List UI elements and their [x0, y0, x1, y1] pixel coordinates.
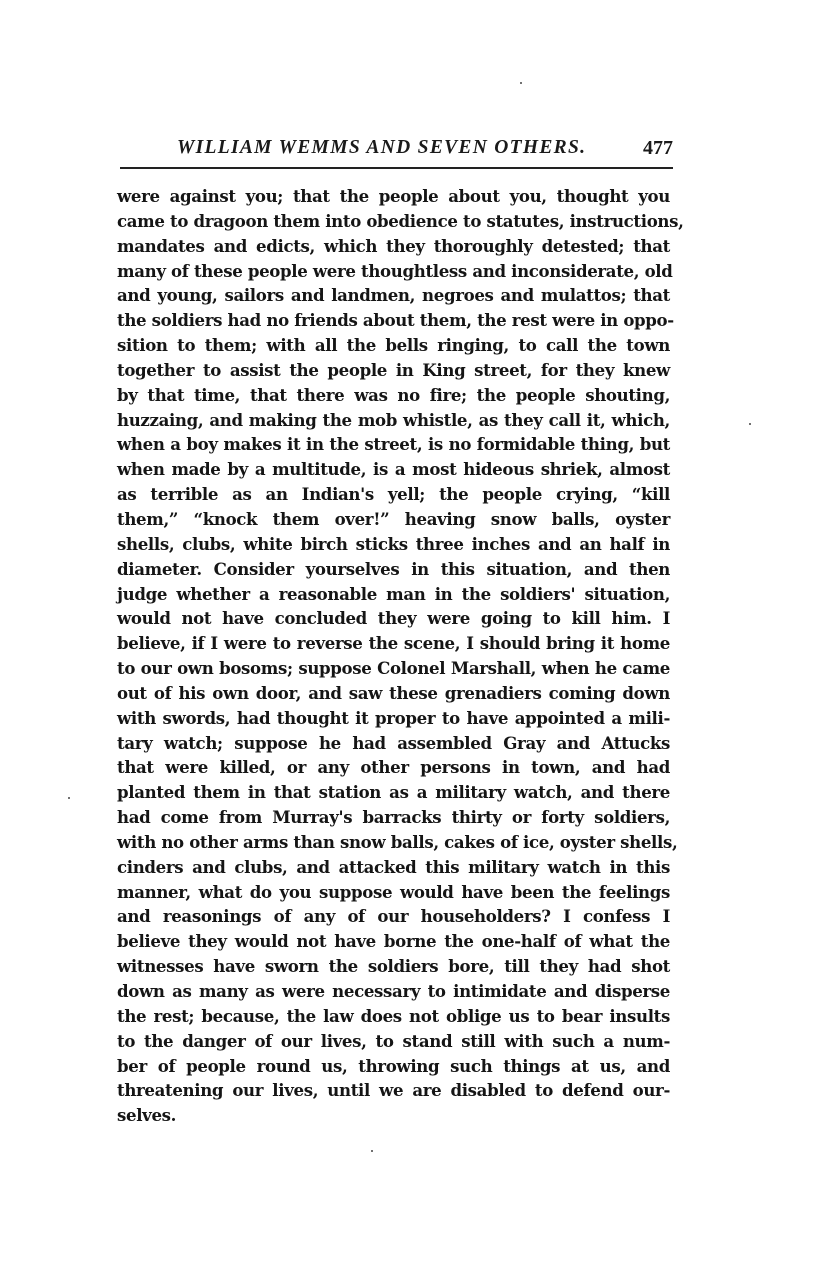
scan-speck: [520, 82, 522, 84]
page-number: 477: [643, 137, 673, 160]
scan-speck: [749, 423, 751, 425]
scan-speck: [371, 1150, 373, 1152]
text-line: to the danger of our lives, to stand sti…: [117, 1029, 670, 1054]
text-line: them,” “knock them over!” heaving snow b…: [117, 507, 670, 532]
text-line: with no other arms than snow balls, cake…: [117, 830, 670, 855]
header-rule: [120, 167, 673, 169]
text-line: and reasonings of any of our householder…: [117, 904, 670, 929]
text-line: huzzaing, and making the mob whistle, as…: [117, 408, 670, 433]
text-line: that were killed, or any other persons i…: [117, 755, 670, 780]
text-line: down as many as were necessary to intimi…: [117, 979, 670, 1004]
text-line: diameter. Consider yourselves in this si…: [117, 557, 670, 582]
text-line: by that time, that there was no fire; th…: [117, 383, 670, 408]
page-header: WILLIAM WEMMS AND SEVEN OTHERS. 477: [117, 137, 673, 165]
text-line: when a boy makes it in the street, is no…: [117, 432, 670, 457]
text-line: planted them in that station as a milita…: [117, 780, 670, 805]
text-line: together to assist the people in King st…: [117, 358, 670, 383]
text-line: and young, sailors and landmen, negroes …: [117, 283, 670, 308]
text-line: tary watch; suppose he had assembled Gra…: [117, 731, 670, 756]
text-line: were against you; that the people about …: [117, 184, 670, 209]
text-line: believe they would not have borne the on…: [117, 929, 670, 954]
text-line: the rest; because, the law does not obli…: [117, 1004, 670, 1029]
text-line: came to dragoon them into obedience to s…: [117, 209, 670, 234]
text-line: cinders and clubs, and attacked this mil…: [117, 855, 670, 880]
scan-speck: [68, 797, 70, 799]
text-line: manner, what do you suppose would have b…: [117, 880, 670, 905]
text-line: would not have concluded they were going…: [117, 606, 670, 631]
text-line: mandates and edicts, which they thorough…: [117, 234, 670, 259]
text-line: as terrible as an Indian's yell; the peo…: [117, 482, 670, 507]
text-line: sition to them; with all the bells ringi…: [117, 333, 670, 358]
text-line: with swords, had thought it proper to ha…: [117, 706, 670, 731]
text-line: had come from Murray's barracks thirty o…: [117, 805, 670, 830]
text-line: out of his own door, and saw these grena…: [117, 681, 670, 706]
text-line: ber of people round us, throwing such th…: [117, 1054, 670, 1079]
text-line: when made by a multitude, is a most hide…: [117, 457, 670, 482]
text-line: believe, if I were to reverse the scene,…: [117, 631, 670, 656]
text-line: threatening our lives, until we are disa…: [117, 1078, 670, 1103]
text-line: to our own bosoms; suppose Colonel Marsh…: [117, 656, 670, 681]
text-line: judge whether a reasonable man in the so…: [117, 582, 670, 607]
text-line: shells, clubs, white birch sticks three …: [117, 532, 670, 557]
body-text: were against you; that the people about …: [117, 184, 670, 1128]
text-line: selves.: [117, 1103, 670, 1128]
running-title: WILLIAM WEMMS AND SEVEN OTHERS.: [177, 137, 586, 159]
text-line: many of these people were thoughtless an…: [117, 259, 670, 284]
text-line: witnesses have sworn the soldiers bore, …: [117, 954, 670, 979]
book-page: WILLIAM WEMMS AND SEVEN OTHERS. 477 were…: [0, 0, 836, 1284]
text-line: the soldiers had no friends about them, …: [117, 308, 670, 333]
